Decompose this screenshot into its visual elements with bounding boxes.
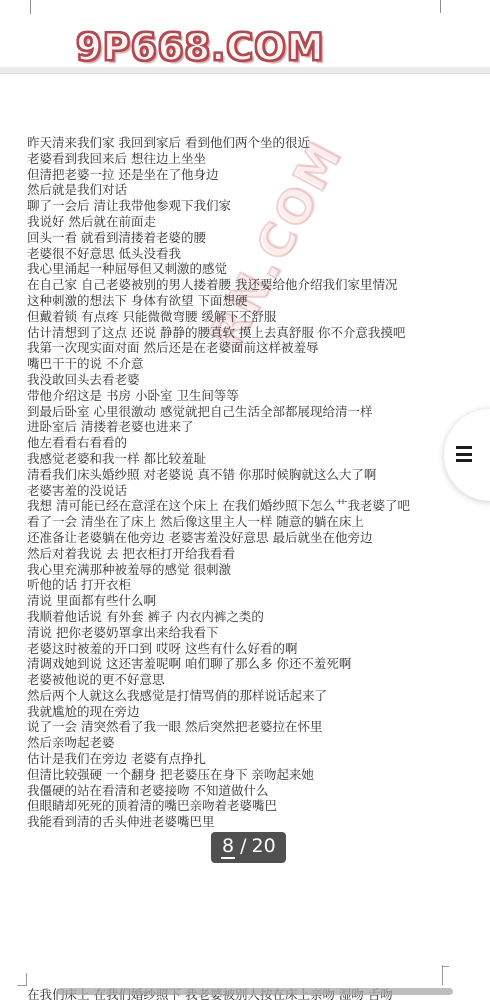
prev-page-edge-right <box>440 0 441 13</box>
text-line: 到最后卧室 心里很激动 感觉就把自己生活全部都展现给清一样 <box>27 404 410 420</box>
text-line: 清说 把你老婆奶罩拿出来给我看下 <box>27 625 410 641</box>
text-line: 然后就是我们对话 <box>27 182 410 198</box>
text-line: 然后亲吻起老婆 <box>27 735 410 751</box>
text-line: 我感觉老婆和我一样 都比较羞耻 <box>27 451 410 467</box>
menu-button[interactable] <box>444 409 490 501</box>
menu-icon-bar <box>456 459 472 462</box>
page-indicator-total: 20 <box>252 835 276 857</box>
page-indicator[interactable]: 8 / 20 <box>211 832 286 863</box>
text-line: 清说 里面都有些什么啊 <box>27 593 410 609</box>
text-line: 我就尴尬的现在旁边 <box>27 704 410 720</box>
text-line: 进卧室后 清搂着老婆也进来了 <box>27 419 410 435</box>
page-indicator-current: 8 <box>221 835 235 859</box>
text-line: 我想 清可能已经在意淫在这个床上 在我们婚纱照下怎么艹我老婆了吧 <box>27 498 410 514</box>
hamburger-menu-icon <box>456 446 472 466</box>
text-line: 估计清想到了这点 还说 静静的腰真软 摸上去真舒服 你不介意我摸吧 <box>27 325 410 341</box>
prev-page-edge-left <box>30 0 31 14</box>
text-line: 说了一会 清突然看了我一眼 然后突然把老婆拉在怀里 <box>27 719 410 735</box>
site-logo: 9P668.COM <box>76 26 325 69</box>
text-line: 我心里充满那种被羞辱的感觉 很刺激 <box>27 562 410 578</box>
text-line: 带他介绍这是 书房 小卧室 卫生间等等 <box>27 388 410 404</box>
text-line: 看了一会 清坐在了床上 然后像这里主人一样 随意的躺在床上 <box>27 514 410 530</box>
text-line: 然后两个人就这么我感觉是打情骂俏的那样说话起来了 <box>27 688 410 704</box>
text-line: 但戴着锁 有点疼 只能微微弯腰 缓解下不舒服 <box>27 309 410 325</box>
progress-bar[interactable] <box>57 988 453 995</box>
text-line: 昨天清来我们家 我回到家后 看到他们两个坐的很近 <box>27 135 410 151</box>
page-text: 昨天清来我们家 我回到家后 看到他们两个坐的很近老婆看到我回来后 想往边上坐坐但… <box>27 135 410 830</box>
text-line: 我第一次现实面对面 然后还是在老婆面前这样被羞辱 <box>27 340 410 356</box>
text-line: 但眼睛却死死的顶着清的嘴巴亲吻着老婆嘴巴 <box>27 798 410 814</box>
text-line: 还准备让老婆躺在他旁边 老婆害羞没好意思 最后就坐在他旁边 <box>27 530 410 546</box>
text-line: 老婆很不好意思 低头没看我 <box>27 246 410 262</box>
menu-icon-bar <box>456 446 472 449</box>
text-line: 我僵硬的站在看清和老婆接吻 不知道做什么 <box>27 783 410 799</box>
text-line: 这种刺激的想法下 身体有欲望 下面想硬 <box>27 293 410 309</box>
text-line: 他左看看右看看的 <box>27 435 410 451</box>
text-line: 我说好 然后就在前面走 <box>27 214 410 230</box>
text-line: 清调戏她到说 这还害羞呢啊 咱们聊了那么多 你还不羞死啊 <box>27 656 410 672</box>
text-line: 聊了一会后 清让我带他参观下我们家 <box>27 198 410 214</box>
text-line: 估计是我们在旁边 老婆有点挣扎 <box>27 751 410 767</box>
text-line: 清看我们床头婚纱照 对老婆说 真不错 你那时候胸就这么大了啊 <box>27 467 410 483</box>
text-line: 但清把老婆一拉 还是坐在了他身边 <box>27 167 410 183</box>
next-page-corner-right-h <box>442 966 449 967</box>
text-line: 老婆被他说的更不好意思 <box>27 672 410 688</box>
text-line: 然后对着我说 去 把衣柜打开给我看看 <box>27 546 410 562</box>
text-line: 我心里涌起一种屈辱但又刺激的感觉 <box>27 261 410 277</box>
text-line: 听他的话 打开衣柜 <box>27 577 410 593</box>
text-line: 在自己家 自己老婆被别的男人搂着腰 我还要给他介绍我们家里情况 <box>27 277 410 293</box>
menu-icon-bar <box>456 453 472 456</box>
text-line: 老婆害羞的没说话 <box>27 483 410 499</box>
next-page-corner-left-h <box>17 985 27 986</box>
page-indicator-separator: / <box>240 835 246 857</box>
text-line: 嘴巴干干的说 不介意 <box>27 356 410 372</box>
text-line: 老婆这时被羞的开口到 哎呀 这些有什么好看的啊 <box>27 641 410 657</box>
text-line: 我能看到清的舌头伸进老婆嘴巴里 <box>27 814 410 830</box>
next-page-corner-right <box>442 965 443 985</box>
text-line: 但清比较强硬 一个翻身 把老婆压在身下 亲吻起来她 <box>27 767 410 783</box>
text-line: 老婆看到我回来后 想往边上坐坐 <box>27 151 410 167</box>
text-line: 回头一看 就看到清搂着老婆的腰 <box>27 230 410 246</box>
text-line: 我没敢回头去看老婆 <box>27 372 410 388</box>
text-line: 我顺着他话说 有外套 裤子 内衣内裤之类的 <box>27 609 410 625</box>
